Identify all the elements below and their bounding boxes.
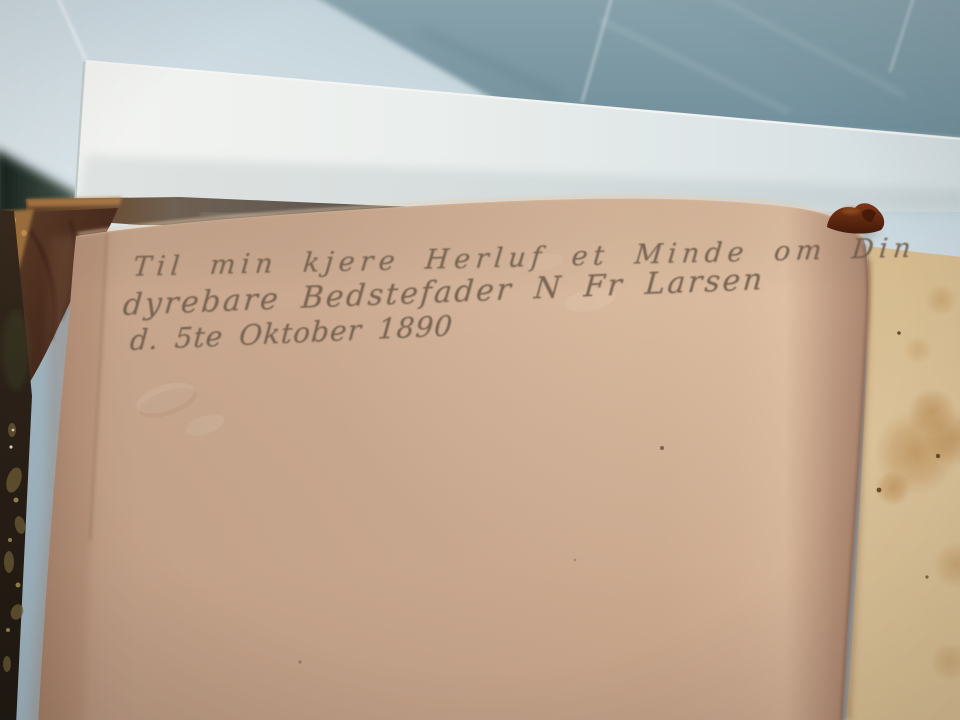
antique-book (0, 197, 960, 720)
photo-canvas (0, 0, 960, 720)
main-page (28, 197, 868, 720)
photo-antique-book-inscription: Til min kjere Herluf et Minde om Din dyr… (0, 0, 960, 720)
